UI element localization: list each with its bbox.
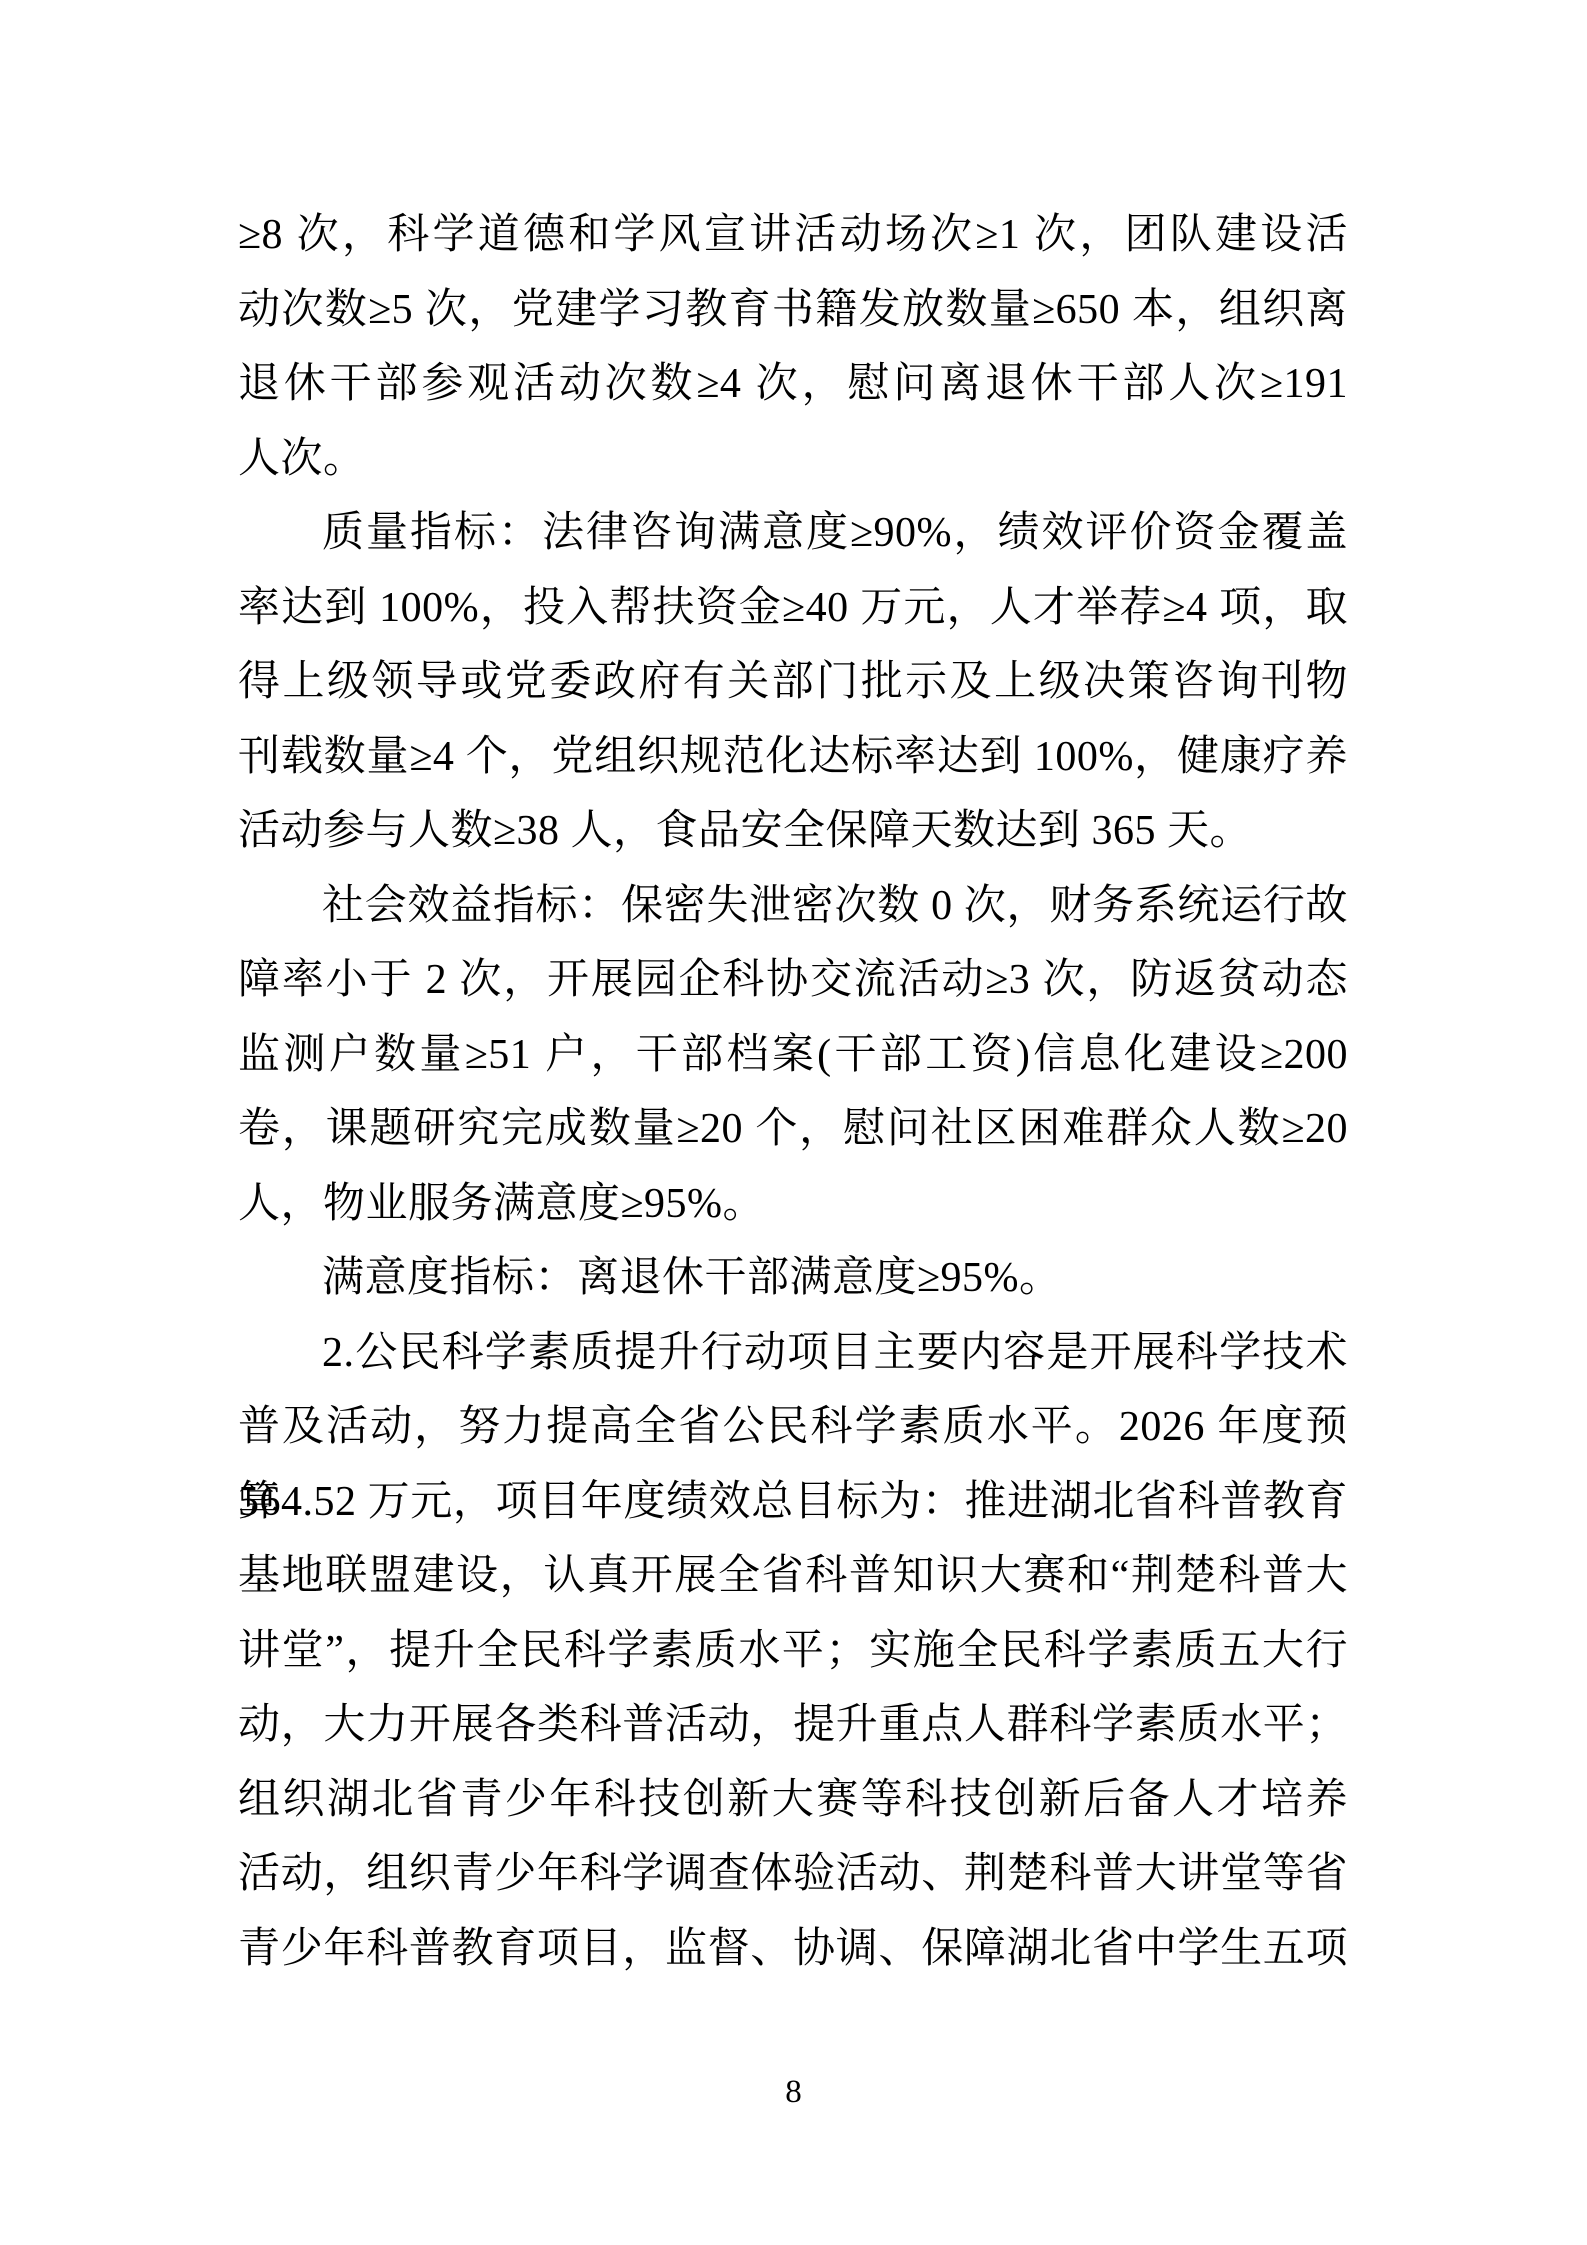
document-body: ≥8 次，科学道德和学风宣讲活动场次≥1 次，团队建设活动次数≥5 次，党建学习… [238,198,1348,1986]
text-line: 基地联盟建设，认真开展全省科普知识大赛和“荆楚科普大 [238,1539,1348,1614]
text-line: 质量指标：法律咨询满意度≥90%，绩效评价资金覆盖 [238,496,1348,571]
text-line: 讲堂”，提升全民科学素质水平；实施全民科学素质五大行 [238,1614,1348,1689]
text-line: 退休干部参观活动次数≥4 次，慰问离退休干部人次≥191 [238,347,1348,422]
paragraph: 社会效益指标：保密失泄密次数 0 次，财务系统运行故障率小于 2 次，开展园企科… [238,869,1348,1242]
text-line: 得上级领导或党委政府有关部门批示及上级决策咨询刊物 [238,645,1348,720]
text-line: 青少年科普教育项目，监督、协调、保障湖北省中学生五项 [238,1912,1348,1987]
text-line: 人次。 [238,422,1348,497]
paragraph: 质量指标：法律咨询满意度≥90%，绩效评价资金覆盖率达到 100%，投入帮扶资金… [238,496,1348,869]
text-line: 动，大力开展各类科普活动，提升重点人群科学素质水平； [238,1688,1348,1763]
page-number: 8 [0,2072,1587,2112]
text-line: 监测户数量≥51 户，干部档案(干部工资)信息化建设≥200 [238,1018,1348,1093]
text-line: ≥8 次，科学道德和学风宣讲活动场次≥1 次，团队建设活 [238,198,1348,273]
text-line: 刊载数量≥4 个，党组织规范化达标率达到 100%，健康疗养 [238,720,1348,795]
paragraph: 满意度指标：离退休干部满意度≥95%。 [238,1241,1348,1316]
paragraph: ≥8 次，科学道德和学风宣讲活动场次≥1 次，团队建设活动次数≥5 次，党建学习… [238,198,1348,496]
text-line: 动次数≥5 次，党建学习教育书籍发放数量≥650 本，组织离 [238,273,1348,348]
text-line: 障率小于 2 次，开展园企科协交流活动≥3 次，防返贫动态 [238,943,1348,1018]
text-line: 满意度指标：离退休干部满意度≥95%。 [238,1241,1348,1316]
text-line: 普及活动，努力提高全省公民科学素质水平。2026 年度预算 [238,1390,1348,1465]
text-line: 率达到 100%，投入帮扶资金≥40 万元，人才举荐≥4 项，取 [238,571,1348,646]
text-line: 社会效益指标：保密失泄密次数 0 次，财务系统运行故 [238,869,1348,944]
text-line: 组织湖北省青少年科技创新大赛等科技创新后备人才培养 [238,1763,1348,1838]
text-line: 564.52 万元，项目年度绩效总目标为：推进湖北省科普教育 [238,1465,1348,1540]
text-line: 活动，组织青少年科学调查体验活动、荆楚科普大讲堂等省 [238,1837,1348,1912]
text-line: 卷，课题研究完成数量≥20 个，慰问社区困难群众人数≥20 [238,1092,1348,1167]
text-line: 人，物业服务满意度≥95%。 [238,1167,1348,1242]
text-line: 2.公民科学素质提升行动项目主要内容是开展科学技术 [238,1316,1348,1391]
paragraph: 2.公民科学素质提升行动项目主要内容是开展科学技术普及活动，努力提高全省公民科学… [238,1316,1348,1987]
document-page: ≥8 次，科学道德和学风宣讲活动场次≥1 次，团队建设活动次数≥5 次，党建学习… [0,0,1587,2245]
text-line: 活动参与人数≥38 人，食品安全保障天数达到 365 天。 [238,794,1348,869]
